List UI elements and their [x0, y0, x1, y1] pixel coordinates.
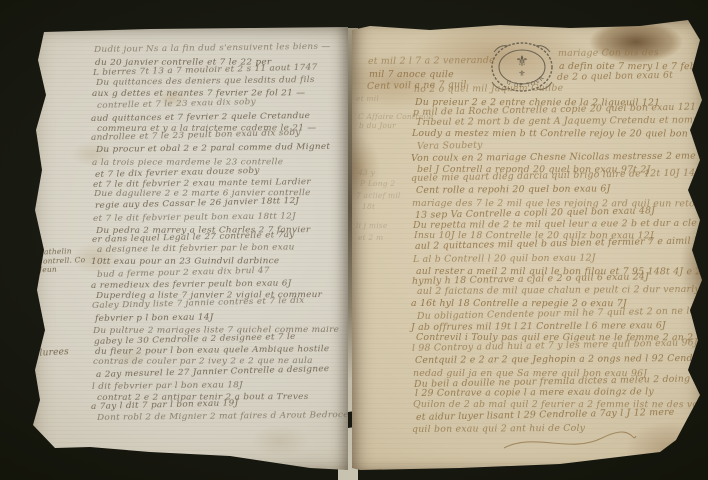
right-manuscript-page: ⚜ ⚜ G DE TOVRS et mil 2 l 7 a 2 venerand… — [350, 18, 706, 474]
right-margin-mark: 43 y — [358, 168, 375, 177]
right-margin-mark: 18t — [362, 202, 375, 211]
manuscript-line: Du repetta mil de 2 te mil quel leur a e… — [413, 219, 708, 231]
left-margin-note-line: Jeun — [39, 265, 57, 275]
manuscript-line: Loudy a mestez mien b tt Contrelle rejoy… — [412, 130, 688, 139]
manuscript-line: Du procur et obal 2 e 2 paral comme dud … — [96, 143, 330, 155]
right-margin-mark: P Long 2 — [360, 179, 395, 188]
right-margin-mark: et 2 m — [358, 233, 383, 242]
manuscript-line: mariage Con bis des — [558, 49, 659, 59]
manuscript-line: ho 2 o quel mil Jaquem Guilbe — [414, 85, 563, 95]
right-margin-mark: et mil — [356, 94, 379, 103]
manuscript-line: Dudit jour Ns a la fin dud s'ensuivent l… — [94, 43, 331, 55]
manuscript-line: aul 2 faictans de mil quae chalun e peul… — [417, 286, 708, 297]
stamp-small-fleur-icon: ⚜ — [518, 69, 525, 78]
manuscript-line: regie auy des Cassar le 26 janvier 18tt … — [95, 197, 300, 211]
manuscript-line: Cent rolle a repohi 20 quel bon exau 6J — [416, 185, 611, 196]
manuscript-line: et aidur luyer lisant l 29 Cendrolle a 7… — [416, 408, 675, 422]
right-margin-mark: 7 aclief mil — [356, 191, 401, 200]
manuscript-line: Du obligation Cendente pour mil he 7 qui… — [417, 307, 708, 322]
manuscript-line: Von coulx en 2 mariage Chesne Nicollas m… — [411, 152, 708, 164]
manuscript-scan: Dudit jour Ns a la fin dud s'ensuivent l… — [0, 0, 708, 480]
manuscript-line: aud quittances et 7 fevrier 2 quele Cret… — [91, 112, 310, 124]
right-margin-note-line: b du Jour — [359, 121, 396, 130]
manuscript-line: a remedieux des fevrier peult bon exau 6… — [91, 280, 292, 291]
manuscript-line: bud a ferme pour 2 exau dix brul 47 — [97, 267, 270, 280]
manuscript-line: L al b Contrell l 20 quil bon exau 12J — [413, 255, 596, 265]
manuscript-line: Du quittances des deniers que lesdits du… — [96, 76, 315, 88]
manuscript-line: febvrier p l bon exau 14J — [95, 313, 214, 323]
left-manuscript-page: Dudit jour Ns a la fin dud s'ensuivent l… — [30, 26, 348, 472]
manuscript-line: Dont robl 2 de Mignier 2 mat faires d Ar… — [97, 411, 349, 423]
manuscript-line: a designee le dit febvrier par le bon ex… — [97, 244, 295, 255]
manuscript-line: a 7ay l dit 7 par l bon exau 19J — [91, 400, 239, 412]
manuscript-line: et mil 2 l 7 a 2 venerande — [368, 57, 495, 67]
manuscript-line: a 2ay mesurel le 27 Jannier Contrelle a … — [96, 365, 330, 380]
manuscript-line: mil 7 anoce quile — [369, 71, 454, 80]
manuscript-line: l dit febvrier par l bon exau 18J — [91, 382, 242, 392]
right-margin-note-line: C Affaire Contrelle — [358, 112, 433, 121]
manuscript-line: J ab offrures mil 19t l 21 Contrelle l 6… — [411, 323, 666, 334]
left-margin-note-fleuries: flurees — [36, 347, 69, 359]
manuscript-line: contrelle et 7 le 23 exau dix soby — [97, 98, 256, 111]
right-margin-mark: li j mise — [356, 221, 388, 230]
manuscript-line: et 7 le dit febvrier peult bon exau 18tt… — [93, 212, 296, 223]
manuscript-line: Tribeul et 2 mort b de gent A Jaquemy Cr… — [416, 116, 708, 128]
manuscript-line: l 29 Contrave a copie l a mere exau doin… — [415, 389, 654, 400]
signature-flourish-icon — [500, 430, 640, 456]
manuscript-line: Centquil 2 e 2 ar 2 que Jeghopin a 2 ong… — [415, 355, 708, 366]
manuscript-line: aux g dettes et neantes 7 fevrier 2e fol… — [92, 89, 305, 98]
manuscript-line: Vera Soubety — [417, 142, 483, 152]
manuscript-line: de 2 o quel bon exau 6t — [557, 71, 673, 82]
manuscript-line: androllee et 7 le 23 peult bon exau dix … — [91, 129, 301, 143]
manuscript-line: du fieur 2 pour l bon exau quele Ambique… — [95, 345, 330, 356]
stamp-fleur-icon: ⚜ — [515, 52, 528, 70]
